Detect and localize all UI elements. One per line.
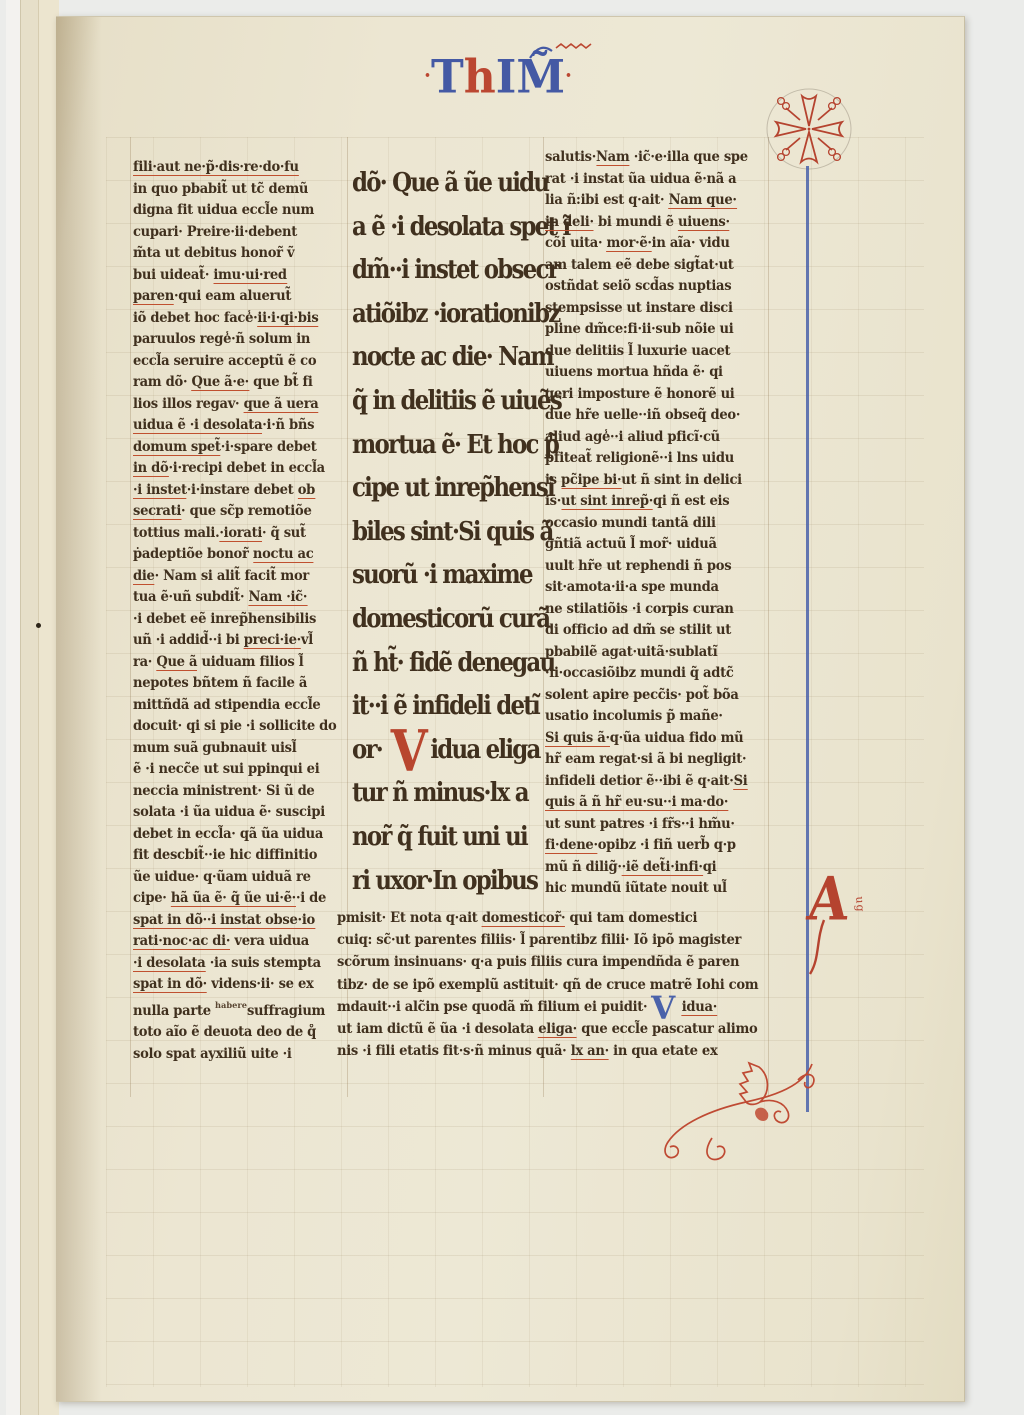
text-segment: lia ñ:ibi est q·ait· — [545, 192, 669, 208]
text-segment: fili·aut ne·p̃·dis·re·do·fu — [133, 159, 299, 176]
text-line: mdauit··i alc̃in pse quodã m̃ filium ei … — [337, 996, 760, 1018]
text-line: aliud age̾··i aliud pficĩ·cũ — [545, 427, 764, 449]
text-segment: nocte ac die· Nam — [352, 342, 553, 372]
text-segment: eliga· — [538, 1021, 577, 1038]
text-segment: que eccl̃e pascatur alimo — [577, 1021, 758, 1037]
text-segment: quis ã ñ hr̃ eu·su··i ma·do· — [545, 794, 728, 811]
text-line: is pc̃ipe bi·ut ñ sint in delici — [545, 470, 764, 492]
text-line: sit·amota·ii·a spe munda — [545, 577, 764, 599]
text-segment: ũe uidue· q·ũam uiduã re — [133, 869, 311, 885]
text-segment: nepotes bñtem ñ facile ã — [133, 675, 307, 691]
main-text-column: dõ· Que ã ũe uidua ẽ ·i desolata spet ĩd… — [352, 162, 554, 903]
gutter-shadow — [56, 17, 102, 1401]
text-segment: uidua ẽ ·i desolata — [133, 417, 262, 434]
text-line: uult hr̃e ut rephendi ñ pos — [545, 556, 764, 578]
header-letter: h — [464, 55, 496, 101]
text-segment: qi ñ est eis — [653, 493, 729, 509]
text-line: mũ ñ dilig̃··iẽ det̃i·infi·qi — [545, 857, 764, 879]
text-line: iõ debet hoc face̾·ii·i·qi·bis — [133, 308, 344, 330]
text-segment: iõ debet hoc face̾· — [133, 310, 257, 326]
text-line: ut iam dictũ ẽ ũa ·i desolata eliga· que… — [337, 1018, 760, 1040]
text-line: nocte ac die· Nam — [352, 336, 530, 380]
text-line: ·i debet eẽ inrep̃hensibilis — [133, 609, 344, 631]
text-segment: m̃ta ut debitus honor̃ ṽ — [133, 245, 294, 261]
header-letter: T — [431, 55, 464, 101]
text-line: cupari· Preire·ii·debent — [133, 222, 344, 244]
wormhole-dot — [36, 623, 41, 628]
text-line: occasio mundi tantã dili — [545, 513, 764, 535]
text-segment: que bt̃ fi — [249, 374, 313, 390]
text-line: pmisit· Et nota q·ait domesticor̃· qui t… — [337, 907, 760, 929]
text-segment: tua ẽ·uñ subdit̃· — [133, 589, 249, 605]
text-segment: ·i desolata — [133, 955, 205, 972]
text-segment: qui tam domestici — [565, 910, 697, 926]
interlinear-gloss: habere — [215, 1001, 247, 1011]
text-segment: neccia ministrent· Si ũ de — [133, 783, 314, 799]
text-segment: toto aĩo ẽ deuota deo de q̊ — [133, 1024, 316, 1040]
text-segment: stempsisse ut instare disci — [545, 300, 733, 316]
text-segment: debet in eccl̃a· qã ũa uidua — [133, 826, 323, 842]
text-line: debet in eccl̃a· qã ũa uidua — [133, 824, 344, 846]
text-segment: Si — [734, 773, 748, 790]
text-line: mittñdã ad stipendia eccl̃e — [133, 695, 344, 717]
text-segment: dõ· Que ã ũe uidu — [352, 168, 548, 198]
text-segment: suorũ ·i maxime — [352, 560, 532, 590]
text-segment: digna fit uidua eccl̃e num — [133, 202, 314, 218]
text-segment: lx an· — [571, 1043, 609, 1060]
text-line: ·i desolata ·ia suis stempta — [133, 953, 344, 975]
text-line: ũe uidue· q·ũam uiduã re — [133, 867, 344, 889]
text-segment: ·iẽ det̃i·infi· — [622, 859, 703, 876]
text-segment: solent apire pecc̃is· pot̃ bõa — [545, 687, 739, 703]
text-segment: bui uideat̃· — [133, 267, 213, 283]
text-segment: vl̃ — [301, 632, 313, 648]
left-gloss-column: fili·aut ne·p̃·dis·re·do·fuin quo pbabit… — [133, 157, 351, 1065]
text-line: ẽ ·i necc̃e ut sui ppinqui ei — [133, 759, 344, 781]
text-line: mortua ẽ· Et hoc p̃ — [352, 424, 530, 468]
text-segment: Nam — [596, 149, 629, 166]
text-segment: in qua etate ex — [609, 1043, 718, 1059]
cross-pattee-icon — [762, 86, 858, 174]
text-segment: di officio ad dm̃ se stilit ut — [545, 622, 731, 638]
right-gloss-column: salutis·Nam ·ic̃·e·illa que sperat ·i in… — [545, 147, 771, 900]
text-segment: occasio mundi tantã dili — [545, 515, 716, 531]
text-line: bui uideat̃· imu·ui·red — [133, 265, 344, 287]
text-segment: suffragium — [247, 1003, 325, 1019]
text-segment: infideli detior ẽ··ibi ẽ q·ait· — [545, 773, 734, 789]
text-segment: Nam ·ic̃· — [249, 589, 308, 606]
text-line: dõ· Que ã ũe uidu — [352, 162, 530, 206]
text-line: pbabilẽ agat·uitã·sublatĩ — [545, 642, 764, 664]
text-segment: mortua ẽ· Et hoc p̃ — [352, 430, 558, 460]
text-segment: is — [545, 472, 561, 488]
text-segment: mor·ẽ· — [606, 235, 651, 252]
text-line: hr̃ eam regat·si ã bi negligit· — [545, 749, 764, 771]
text-segment: ·i debet eẽ inrep̃hensibilis — [133, 611, 316, 627]
text-line: cipe ut inrep̃hensi — [352, 467, 530, 511]
text-line: cuiq: sc̃·ut parentes filiis· l̃ parenti… — [337, 929, 760, 951]
text-segment: pline dm̃ce:fi·ii·sub nõie ui — [545, 321, 733, 337]
text-segment: cupari· Preire·ii·debent — [133, 224, 297, 240]
text-segment: ·ic̃·e·illa que spe — [629, 149, 747, 165]
header-letter: · — [424, 65, 431, 86]
running-header: ·ThIM̃· — [368, 56, 628, 100]
text-segment: due hr̃e uelle··iñ obseq̃ deo· — [545, 407, 740, 423]
text-segment: a ẽ ·i desolata spet ĩ — [352, 212, 569, 242]
text-segment: ut sint inrep̃· — [561, 493, 653, 510]
text-segment: vera uidua — [230, 933, 309, 949]
text-line: tua ẽ·uñ subdit̃· Nam ·ic̃· — [133, 587, 344, 609]
header-flourish-squiggle — [526, 38, 622, 64]
text-line: paren·qui eam aluerut̃ — [133, 286, 344, 308]
text-segment: ii·i·qi·bis — [257, 310, 318, 327]
text-line: ·i instet·i·instare debet ob — [133, 480, 344, 502]
text-line: di officio ad dm̃ se stilit ut — [545, 620, 764, 642]
text-line: mum suã gubnauit uisl̃ — [133, 738, 344, 760]
text-line: nepotes bñtem ñ facile ã — [133, 673, 344, 695]
text-line: secrati· que sc̃p remotiõe — [133, 501, 344, 523]
text-segment: que ã uera — [244, 396, 319, 413]
text-line: toto aĩo ẽ deuota deo de q̊ — [133, 1022, 344, 1044]
text-segment: ṗadeptiõe bonor̃ — [133, 546, 253, 562]
text-segment: · que sc̃p remotiõe — [181, 503, 311, 519]
text-segment: uñ ·i addid̃··i bi — [133, 632, 244, 648]
text-line: eccl̃a seruire acceptũ ẽ co — [133, 351, 344, 373]
text-line: quis ã ñ hr̃ eu·su··i ma·do· — [545, 792, 764, 814]
text-segment: gñtiã actuũ l̃ mor̃· uiduã — [545, 536, 717, 552]
text-segment: ut iam dictũ ẽ ũa ·i desolata — [337, 1021, 538, 1037]
bottom-gloss-block: pmisit· Et nota q·ait domesticor̃· qui t… — [337, 907, 773, 1062]
text-line: cipe· hã ũa ẽ· q̃ ũe ui·ẽ··i de — [133, 888, 344, 910]
text-segment: tur ñ minus·lx a — [352, 778, 528, 808]
text-segment: usatio incolumis p̃ mañe· — [545, 708, 723, 724]
text-segment: ẽ ·i necc̃e ut sui ppinqui ei — [133, 761, 319, 777]
text-segment: geri imposture ẽ honorẽ ui — [545, 386, 734, 402]
text-segment: solo spat ayxiliũ uite ·i — [133, 1046, 292, 1062]
text-line: hic mundũ iũtate nouit ul̃ — [545, 878, 764, 900]
text-segment: fi·dene· — [545, 837, 598, 854]
text-segment: in aĩa· vidu — [652, 235, 730, 251]
text-segment: ·ii·occasiõibz mundi q̃ adtc̃ — [545, 665, 734, 681]
text-line: solent apire pecc̃is· pot̃ bõa — [545, 685, 764, 707]
text-segment: in dõ — [133, 460, 168, 477]
text-segment: ut ñ sint in delici — [621, 472, 742, 488]
text-segment: pfiteat̃ religionẽ··i lns uidu — [545, 450, 734, 466]
text-segment: uult hr̃e ut rephendi ñ pos — [545, 558, 731, 574]
text-segment: atiõibz ·iorationibz — [352, 299, 559, 329]
text-line: fit descbit̃··ie hic diffinitio — [133, 845, 344, 867]
text-line: dm̃··i instet obsecr — [352, 249, 530, 293]
text-segment: hã ũa ẽ· q̃ ũe ui·ẽ· — [171, 890, 296, 907]
text-line: pfiteat̃ religionẽ··i lns uidu — [545, 448, 764, 470]
text-line: ṗadeptiõe bonor̃ noctu ac — [133, 544, 344, 566]
text-line: fi·dene·opibz ·i fiñ uerb̃ q·p — [545, 835, 764, 857]
text-segment: secrati — [133, 503, 181, 520]
text-line: infideli detior ẽ··ibi ẽ q·ait·Si — [545, 771, 764, 793]
text-segment: scõrum insinuans· q·a puis filiis cura i… — [337, 954, 739, 970]
text-segment: cuiq: sc̃·ut parentes filiis· l̃ parenti… — [337, 932, 741, 948]
text-segment: solata ·i ũa uidua ẽ· suscipi — [133, 804, 325, 820]
text-line: Si quis ã·q·ũa uidua fido mũ — [545, 728, 764, 750]
text-segment: uiuens mortua hñda ẽ· qi — [545, 364, 723, 380]
text-segment: ·i instet — [133, 482, 187, 499]
text-segment: ·i·spare debet — [221, 439, 317, 455]
text-segment: imu·ui·red — [213, 267, 286, 284]
text-segment: · Nam si alit̃ facit̃ mor — [155, 568, 309, 584]
text-line: atiõibz ·iorationibz — [352, 293, 530, 337]
text-segment: fit descbit̃··ie hic diffinitio — [133, 847, 317, 863]
text-segment: ri uxor·In opibus — [352, 866, 537, 896]
text-segment: noctu ac — [253, 546, 313, 563]
text-segment: is· — [545, 493, 561, 509]
text-line: ostñdat seiõ scd̃as nuptias — [545, 276, 764, 298]
text-line: m̃ta ut debitus honor̃ ṽ — [133, 243, 344, 265]
text-line: a ẽ ·i desolata spet ĩ — [352, 206, 530, 250]
text-segment: bi mundi ẽ — [594, 214, 678, 230]
text-line: tottius mali.·iorati· q̃ sut̃ — [133, 523, 344, 545]
text-segment: rati·noc·ac di· — [133, 933, 230, 950]
text-segment: opibz ·i fiñ uerb̃ q·p — [598, 837, 736, 853]
text-line: is·ut sint inrep̃·qi ñ est eis — [545, 491, 764, 513]
text-segment: cõi uita· — [545, 235, 606, 251]
text-line: fili·aut ne·p̃·dis·re·do·fu — [133, 157, 344, 179]
text-line: nulla parte haberesuffragium — [133, 996, 344, 1023]
text-segment: biles sint·Si quis ã — [352, 517, 553, 547]
text-segment: Que ã — [156, 654, 197, 671]
text-segment: cipe ut inrep̃hensi — [352, 473, 554, 503]
text-segment: tottius mali. — [133, 525, 219, 541]
text-line: in quo pbabit̃ ut tc̃ demũ — [133, 179, 344, 201]
text-segment: ·ia suis stempta — [205, 955, 320, 971]
text-line: rati·noc·ac di· vera uidua — [133, 931, 344, 953]
text-line: ñ ht̃· fidẽ denegau — [352, 642, 530, 686]
text-segment: mdauit··i alc̃in pse quodã m̃ filium ei … — [337, 999, 647, 1015]
text-line: q̃ in delitiis ẽ uiuẽs — [352, 380, 530, 424]
text-segment: ram dõ· — [133, 374, 191, 390]
text-line: paruulos rege̾·ñ solum in — [133, 329, 344, 351]
text-line: in dõ·i·recipi debet in eccl̃a — [133, 458, 344, 480]
column-rule — [130, 137, 131, 1097]
text-segment: idua eliga — [430, 735, 539, 765]
text-segment: lios illos regav· — [133, 396, 244, 412]
text-segment: it··i ẽ infideli detĩ — [352, 691, 539, 721]
text-segment: pbabilẽ agat·uitã·sublatĩ — [545, 644, 717, 660]
text-segment: cipe· — [133, 890, 171, 906]
text-segment: pc̃ipe bi· — [561, 472, 621, 489]
text-segment: eccl̃a seruire acceptũ ẽ co — [133, 353, 316, 369]
text-segment: mum suã gubnauit uisl̃ — [133, 740, 296, 756]
text-segment: hr̃ eam regat·si ã bi negligit· — [545, 751, 746, 767]
text-segment: uiuens· — [678, 214, 730, 231]
text-segment: dm̃··i instet obsecr — [352, 255, 558, 285]
text-line: usatio incolumis p̃ mañe· — [545, 706, 764, 728]
text-segment: q·ũa uidua fido mũ — [610, 730, 744, 746]
text-segment: ra· — [133, 654, 156, 670]
text-segment: · q̃ sut̃ — [262, 525, 306, 541]
text-line: lios illos regav· que ã uera — [133, 394, 344, 416]
text-segment: ut sunt patres ·i fr̃s··i hm̃u· — [545, 816, 735, 832]
text-line: pline dm̃ce:fi·ii·sub nõie ui — [545, 319, 764, 341]
text-line: die· Nam si alit̃ facit̃ mor — [133, 566, 344, 588]
text-segment: Si quis ã· — [545, 730, 610, 747]
text-line: suorũ ·i maxime — [352, 554, 530, 598]
text-line: ri uxor·In opibus — [352, 860, 530, 904]
text-segment: due delitiis l̃ luxurie uacet — [545, 343, 730, 359]
text-segment: hic mundũ iũtate nouit ul̃ — [545, 880, 727, 896]
text-segment: domesticorũ curã — [352, 604, 549, 634]
text-line: solata ·i ũa uidua ẽ· suscipi — [133, 802, 344, 824]
text-line: it··i ẽ infideli detĩ — [352, 685, 530, 729]
text-line: ra· Que ã uiduam filios l̃ — [133, 652, 344, 674]
text-line: uñ ·i addid̃··i bi preci·ie·vl̃ — [133, 630, 344, 652]
text-segment: tibz· de se ipõ exemplũ astituit· qñ de … — [337, 977, 758, 993]
text-line: uiuens mortua hñda ẽ· qi — [545, 362, 764, 384]
text-line: digna fit uidua eccl̃e num — [133, 200, 344, 222]
text-line: biles sint·Si quis ã — [352, 511, 530, 555]
text-segment: ·i de — [296, 890, 326, 906]
text-line: neccia ministrent· Si ũ de — [133, 781, 344, 803]
margin-source-mark: A ug — [808, 874, 878, 984]
text-segment: aliud age̾··i aliud pficĩ·cũ — [545, 429, 720, 445]
margin-a-tail — [804, 918, 844, 978]
text-line: or·Vidua eliga — [352, 729, 530, 773]
text-line: lia ñ:ibi est q·ait· Nam que· — [545, 190, 764, 212]
text-segment: die — [133, 568, 155, 585]
text-segment: domum spet̃ — [133, 439, 221, 456]
running-header-letters: ·ThIM̃· — [424, 77, 572, 96]
page-edge-under — [20, 0, 39, 1415]
text-line: solo spat ayxiliũ uite ·i — [133, 1044, 344, 1066]
text-segment: Nam que· — [669, 192, 737, 209]
text-segment: q̃ in delitiis ẽ uiuẽs — [352, 386, 561, 416]
text-segment: nis ·i fili etatis fit·s·ñ minus quã· — [337, 1043, 571, 1059]
text-line: ut sunt patres ·i fr̃s··i hm̃u· — [545, 814, 764, 836]
text-line: due delitiis l̃ luxurie uacet — [545, 341, 764, 363]
text-segment: spat in dõ· — [133, 976, 207, 993]
header-letter: · — [565, 65, 572, 86]
text-segment: in deli· — [545, 214, 594, 231]
text-line: stempsisse ut instare disci — [545, 298, 764, 320]
margin-note-ug: ug — [853, 896, 867, 913]
backdrop-strip — [6, 0, 20, 1415]
text-line: uidua ẽ ·i desolata·i·ñ bñs — [133, 415, 344, 437]
text-segment: spat in dõ··i instat obse·io — [133, 912, 315, 929]
text-line: tur ñ minus·lx a — [352, 772, 530, 816]
penwork-flourish-icon — [650, 1058, 825, 1170]
text-line: ram dõ· Que ã·e· que bt̃ fi — [133, 372, 344, 394]
text-segment: sit·amota·ii·a spe munda — [545, 579, 719, 595]
text-line: salutis·Nam ·ic̃·e·illa que spe — [545, 147, 764, 169]
text-segment: paren — [133, 288, 174, 305]
text-line: spat in dõ· videns·ii· se ex — [133, 974, 344, 996]
text-segment: salutis· — [545, 149, 596, 165]
text-segment: mittñdã ad stipendia eccl̃e — [133, 697, 320, 713]
text-segment: videns·ii· se ex — [207, 976, 314, 992]
text-segment: ·iorati — [219, 525, 262, 542]
text-line: ·ii·occasiõibz mundi q̃ adtc̃ — [545, 663, 764, 685]
text-line: docuit· qi si pie ·i sollicite do — [133, 716, 344, 738]
text-segment: ostñdat seiõ scd̃as nuptias — [545, 278, 731, 294]
text-segment: or· — [352, 735, 382, 765]
text-segment: docuit· qi si pie ·i sollicite do — [133, 718, 336, 734]
text-segment: ·i·recipi debet in eccl̃a — [168, 460, 324, 476]
text-line: ne stilatiõis ·i corpis curan — [545, 599, 764, 621]
text-segment: nor̃ q̃ fuit uni ui — [352, 822, 527, 852]
text-line: cõi uita· mor·ẽ·in aĩa· vidu — [545, 233, 764, 255]
text-segment: ne stilatiõis ·i corpis curan — [545, 601, 734, 617]
text-line: gñtiã actuũ l̃ mor̃· uiduã — [545, 534, 764, 556]
text-segment: nulla parte — [133, 1003, 215, 1019]
text-segment: ·qui eam aluerut̃ — [174, 288, 291, 304]
text-segment: ñ ht̃· fidẽ denegau — [352, 648, 554, 678]
text-line: scõrum insinuans· q·a puis filiis cura i… — [337, 951, 760, 973]
text-segment: paruulos rege̾·ñ solum in — [133, 331, 310, 347]
text-segment: Que ã·e· — [191, 374, 248, 391]
text-segment: ob — [298, 482, 315, 499]
text-line: rat ·i instat ũa uidua ẽ·nã a — [545, 169, 764, 191]
text-line: domesticorũ curã — [352, 598, 530, 642]
text-segment: mũ ñ dilig̃· — [545, 859, 622, 875]
text-segment: rat ·i instat ũa uidua ẽ·nã a — [545, 171, 736, 187]
header-letter: I — [496, 55, 517, 101]
text-line: spat in dõ··i instat obse·io — [133, 910, 344, 932]
text-line: due hr̃e uelle··iñ obseq̃ deo· — [545, 405, 764, 427]
text-segment: uiduam filios l̃ — [197, 654, 303, 670]
text-segment: domesticor̃· — [482, 910, 565, 927]
text-segment: preci·ie· — [244, 632, 301, 649]
text-line: am talem eẽ debe sigt̃at·ut — [545, 255, 764, 277]
text-segment: am talem eẽ debe sigt̃at·ut — [545, 257, 734, 273]
text-segment: qi — [703, 859, 717, 875]
text-line: in deli· bi mundi ẽ uiuens· — [545, 212, 764, 234]
text-line: geri imposture ẽ honorẽ ui — [545, 384, 764, 406]
text-line: tibz· de se ipõ exemplũ astituit· qñ de … — [337, 974, 760, 996]
manuscript-photo: ·ThIM̃· fili·aut ne·p̃·dis·re·do·fuin qu… — [0, 0, 1024, 1415]
text-segment: ·i·ñ bñs — [262, 417, 314, 433]
text-segment: in quo pbabit̃ ut tc̃ demũ — [133, 181, 308, 197]
text-segment: idua· — [682, 999, 717, 1016]
text-segment: ·i·instare debet — [187, 482, 298, 498]
text-segment: pmisit· Et nota q·ait — [337, 910, 482, 926]
text-line: domum spet̃·i·spare debet — [133, 437, 344, 459]
text-line: nor̃ q̃ fuit uni ui — [352, 816, 530, 860]
